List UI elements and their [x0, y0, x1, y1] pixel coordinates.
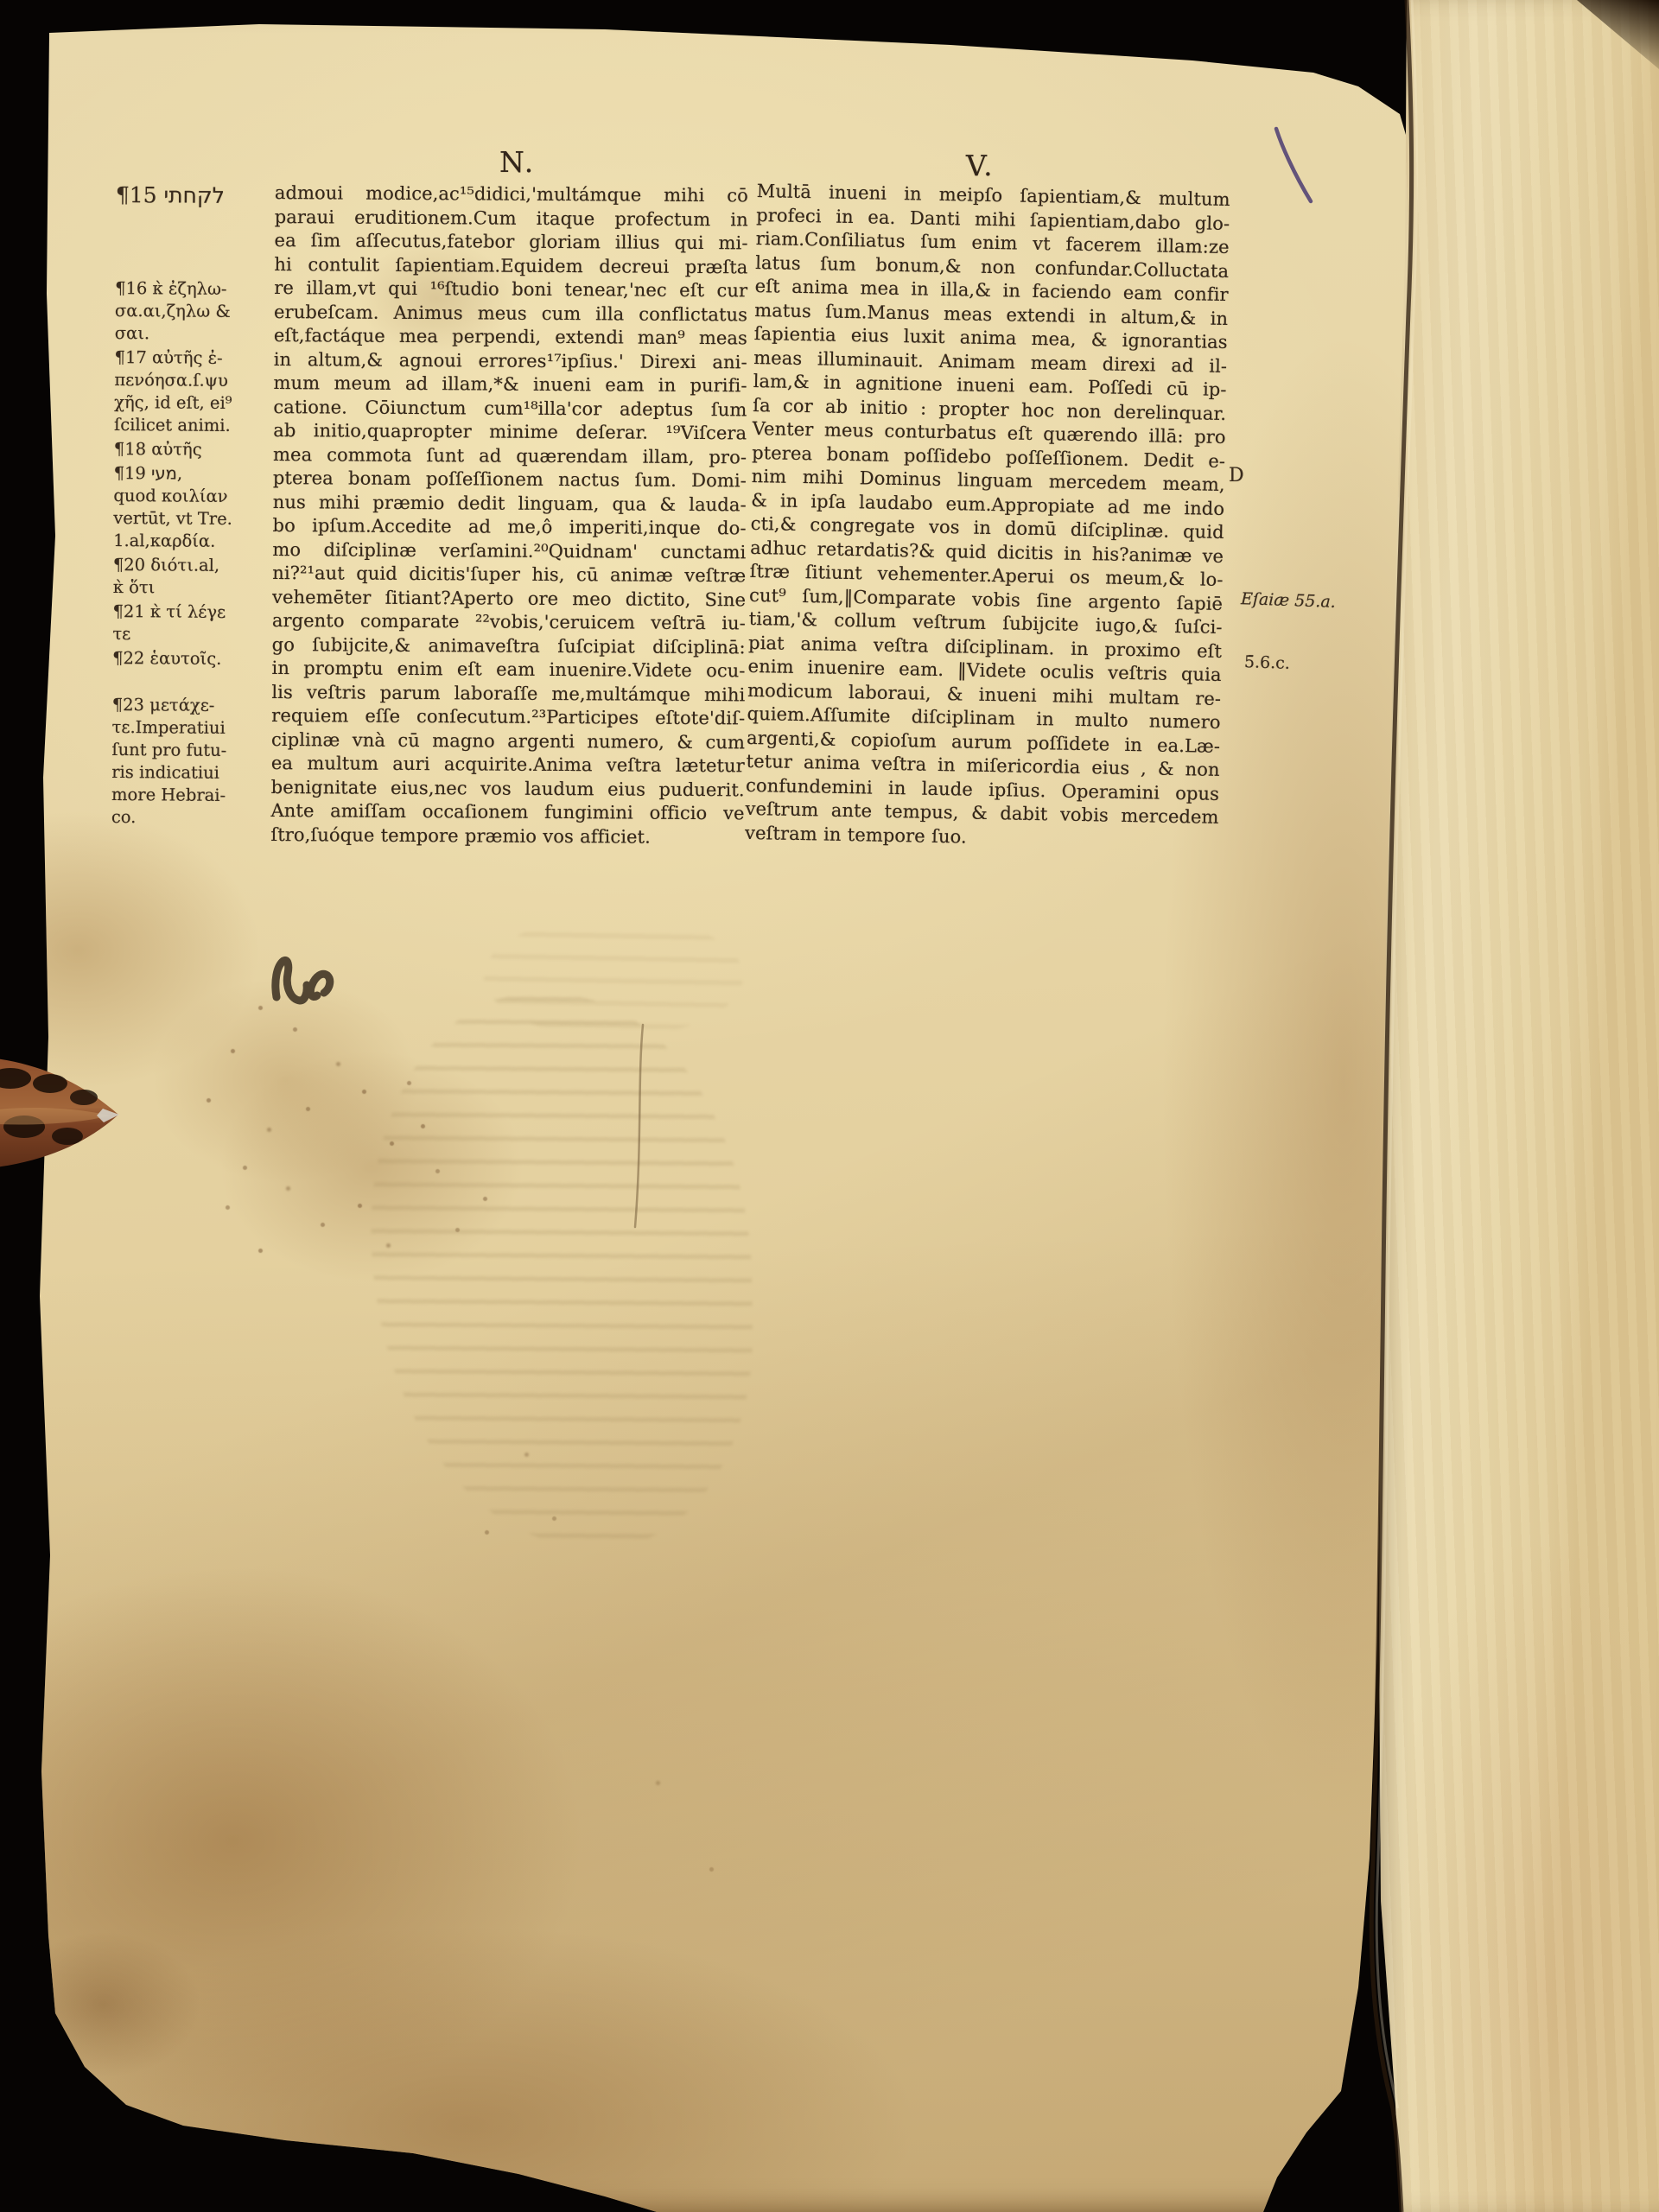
print-line: catione. Cōiunctum cum¹⁸illa'cor adeptus…	[273, 395, 747, 422]
print-line: vehemēter ſitiant?Aperto ore meo dictito…	[272, 585, 746, 612]
print-line: mo diſciplinæ verſamini.²⁰Quidnam' cunct…	[272, 537, 746, 564]
print-line: paraui eruditionem.Cum itaque profectum …	[275, 205, 748, 232]
margin-note: ¶20 διότι.al, κ̀ ὅτι	[113, 554, 279, 600]
verso-showthrough	[484, 916, 743, 1037]
margin-note: ¶21 κ̀ τί λέγε τε	[112, 601, 278, 646]
book-photo: N. V. ¶15 לקחתי¶16 κ̀ ἐζηλω- σα.αι,ζηλω …	[0, 0, 1659, 2212]
print-line: Ante amiſſam occaſionem fungimini offici…	[270, 799, 744, 826]
margin-note: 5̄.6.c.	[1244, 652, 1291, 673]
margin-note: ¶15 לקחתי	[116, 183, 282, 207]
print-line: erubeſcam. Animus meus cum illa conflict…	[274, 300, 747, 327]
print-line: ea multum auri acquirite.Anima veſtra læ…	[271, 752, 745, 779]
margin-note: ¶17 αὐτῆς ἐ- πενόησα.ſ.ψυ χῆς, id eſt, e…	[114, 346, 281, 437]
foxing-specks	[0, 0, 3, 3]
print-line: argento comparate ²²vobis,'ceruicem veſt…	[272, 609, 746, 636]
next-leaf-edge	[1374, 0, 1659, 2212]
print-line: hi contulit ſapientiam.Equidem decreui p…	[274, 252, 747, 279]
print-line: lis veſtris parum laboraſſe me,multámque…	[271, 680, 745, 707]
print-line: mea commota ſunt ad quærendam illam, pro…	[273, 442, 747, 469]
print-line: go ſubijcite,& animaveſtra ſuſcipiat diſ…	[272, 632, 746, 659]
print-line: bo ipſum.Accedite ad me,ô imperiti,inque…	[272, 514, 746, 541]
print-line: admoui modice,ac¹⁵didici,'multámque mihi…	[275, 181, 748, 208]
print-line: benignitate eius,nec vos laudum eius pud…	[271, 775, 745, 802]
margin-note: D	[1229, 465, 1244, 486]
header-numeral-right: V.	[966, 149, 995, 182]
print-line: mum meum ad illam,*& inueni eam in purif…	[273, 372, 747, 398]
print-line: ſtro,ſuóque tempore præmio vos afficiet.	[270, 823, 744, 849]
print-line: nus mihi præmio dedit linguam, qua & lau…	[273, 490, 747, 517]
print-line: ni?²¹aut quid dicitis'ſuper his, cū anim…	[272, 562, 746, 588]
print-line: re illam,vt qui ¹⁶ſtudio boni tenear,'ne…	[274, 276, 747, 303]
corner-pen-stroke	[1276, 129, 1311, 201]
print-line: ab initio,quapropter minime deſerar. ¹⁹V…	[273, 419, 747, 446]
print-line: in altum,& agnoui errores¹⁷ipſius.' Dire…	[274, 347, 747, 374]
margin-note: ¶18 αὐτῆς	[114, 438, 280, 461]
margin-note: ¶23 μετάχε- τε.Imperatiui ſunt pro futu-…	[111, 694, 278, 829]
header-numeral-left: N.	[499, 145, 535, 179]
print-line: ciplinæ vnà cū magno argenti numero, & c…	[271, 728, 745, 754]
print-line: ea ſim aſſecutus,fatebor gloriam illius …	[274, 229, 747, 256]
text-column-right: Multā inueni in meipſo ſapientiam,& mult…	[745, 180, 1230, 854]
verso-showthrough	[369, 992, 755, 1549]
print-line: requiem eſſe conſecutum.²³Participes eſt…	[271, 704, 745, 731]
print-line: pterea bonam poſſeſſionem nactus ſum. Do…	[273, 467, 747, 493]
text-column-left: admoui modice,ac¹⁵didici,'multámque mihi…	[270, 181, 748, 849]
margin-note: ¶19 מעי, quod κοιλίαν vertūt, vt Tre. 1.…	[113, 462, 280, 553]
print-line: in promptu enim eſt eam inuenire.Videte …	[271, 657, 745, 683]
margin-note: ¶16 κ̀ ἐζηλω- σα.αι,ζηλω & σαι.	[115, 277, 282, 346]
margin-note: ¶22 ἑαυτοῖς.	[112, 647, 278, 671]
print-line: eſt,factáque mea perpendi, extendi man⁹ …	[274, 324, 747, 351]
ink-flourish-mark	[276, 960, 330, 1001]
left-margin-glosses: ¶15 לקחתי¶16 κ̀ ἐζηλω- σα.αι,ζηλω & σαι.…	[111, 183, 282, 831]
margin-note: Eſaiæ 55.a.	[1241, 589, 1336, 612]
